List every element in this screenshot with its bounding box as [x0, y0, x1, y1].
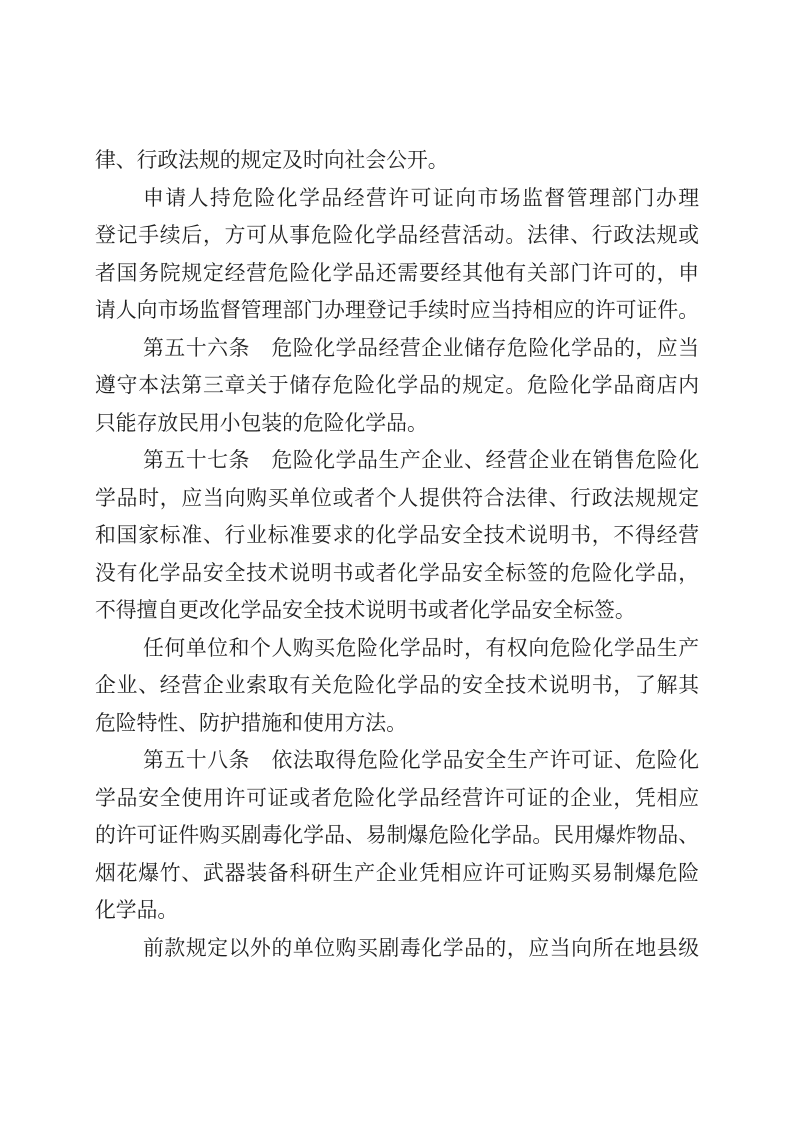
text-line-article-56: 遵守本法第三章关于储存危险化学品的规定。危险化学品商店内	[95, 367, 699, 405]
text-line-article-58: 的许可证件购买剧毒化学品、易制爆危险化学品。民用爆炸物品、	[95, 817, 699, 855]
text-line-article-57-first: 第五十七条 危险化学品生产企业、经营企业在销售危险化	[95, 442, 699, 480]
text-line-para2: 登记手续后，方可从事危险化学品经营活动。法律、行政法规或	[95, 217, 699, 255]
text-line-article-57: 和国家标准、行业标准要求的化学品安全技术说明书，不得经营	[95, 517, 699, 555]
text-line-para2-first: 申请人持危险化学品经营许可证向市场监督管理部门办理	[95, 180, 699, 218]
text-line-article-58-last: 化学品。	[95, 892, 699, 930]
text-line-para2: 者国务院规定经营危险化学品还需要经其他有关部门许可的，申	[95, 255, 699, 293]
text-line-para5-last: 危险特性、防护措施和使用方法。	[95, 705, 699, 743]
text-line-para5: 企业、经营企业索取有关危险化学品的安全技术说明书，了解其	[95, 667, 699, 705]
document-text-block: 律、行政法规的规定及时向社会公开。 申请人持危险化学品经营许可证向市场监督管理部…	[95, 142, 699, 967]
text-line-para2-last: 请人向市场监督管理部门办理登记手续时应当持相应的许可证件。	[95, 292, 699, 330]
text-line-para5-first: 任何单位和个人购买危险化学品时，有权向危险化学品生产	[95, 630, 699, 668]
text-line-article-56-last: 只能存放民用小包装的危险化学品。	[95, 405, 699, 443]
text-line-article-56-first: 第五十六条 危险化学品经营企业储存危险化学品的，应当	[95, 330, 699, 368]
text-line-article-58: 学品安全使用许可证或者危险化学品经营许可证的企业，凭相应	[95, 780, 699, 818]
text-line-article-57: 学品时，应当向购买单位或者个人提供符合法律、行政法规规定	[95, 480, 699, 518]
text-line-article-57: 没有化学品安全技术说明书或者化学品安全标签的危险化学品，	[95, 555, 699, 593]
text-line-para7-first: 前款规定以外的单位购买剧毒化学品的，应当向所在地县级	[95, 930, 699, 968]
text-line-article-58: 烟花爆竹、武器装备科研生产企业凭相应许可证购买易制爆危险	[95, 855, 699, 893]
text-line-continuation-end: 律、行政法规的规定及时向社会公开。	[95, 142, 699, 180]
document-page: 律、行政法规的规定及时向社会公开。 申请人持危险化学品经营许可证向市场监督管理部…	[0, 0, 793, 1122]
text-line-article-58-first: 第五十八条 依法取得危险化学品安全生产许可证、危险化	[95, 742, 699, 780]
text-line-article-57-last: 不得擅自更改化学品安全技术说明书或者化学品安全标签。	[95, 592, 699, 630]
